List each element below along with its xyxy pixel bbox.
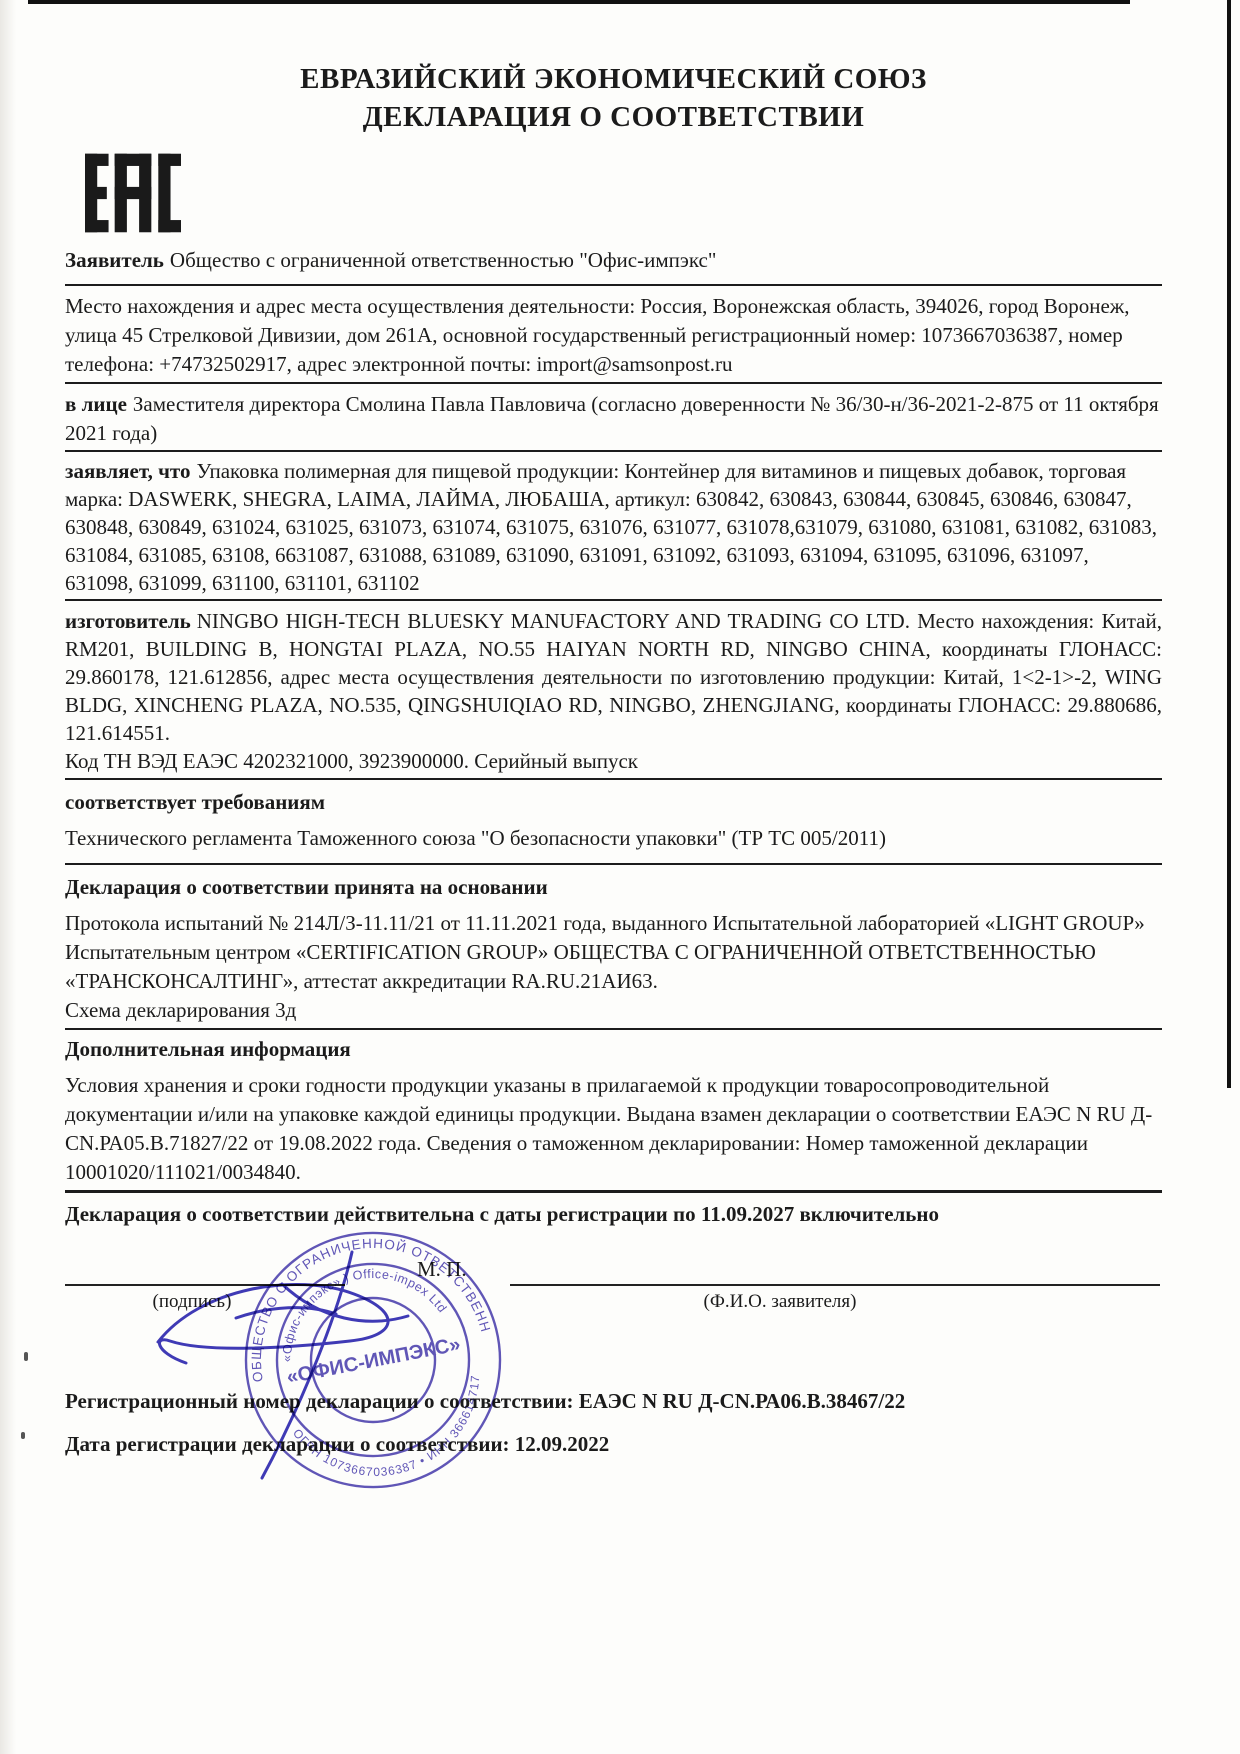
declares-text: Упаковка полимерная для пищевой продукци…	[65, 459, 1157, 595]
validity-line: Декларация о соответствии действительна …	[65, 1200, 1162, 1229]
manufacturer-section: изготовительNINGBO HIGH-TECH BLUESKY MAN…	[65, 607, 1162, 775]
scan-speck	[24, 1352, 28, 1361]
document-body: ЕВРАЗИЙСКИЙ ЭКОНОМИЧЕСКИЙ СОЮЗ ДЕКЛАРАЦИ…	[65, 0, 1162, 1459]
scan-speck	[21, 1432, 25, 1439]
signature-area: М. П. (подпись) (Ф.И.О. заявителя)	[65, 1229, 1162, 1379]
seal-place-label: М. П.	[417, 1257, 467, 1282]
registration-date-line: Дата регистрации декларации о соответств…	[65, 1430, 1162, 1459]
signature-line	[65, 1284, 345, 1286]
declares-label: заявляет, что	[65, 459, 190, 483]
fio-caption: (Ф.И.О. заявителя)	[620, 1291, 940, 1313]
divider	[65, 599, 1162, 601]
complies-label: соответствует требованиям	[65, 788, 1162, 817]
applicant-text: Общество с ограниченной ответственностью…	[170, 248, 717, 272]
scan-right-line	[1227, 0, 1231, 1088]
manufacturer-text: NINGBO HIGH-TECH BLUESKY MANUFACTORY AND…	[65, 609, 1162, 745]
divider	[65, 382, 1162, 384]
tnved-code-line: Код ТН ВЭД ЕАЭС 4202321000, 3923900000. …	[65, 747, 1162, 775]
registration-number-line: Регистрационный номер декларации о соотв…	[65, 1387, 1162, 1416]
scan-left-shade	[0, 0, 16, 1754]
address-section: Место нахождения и адрес места осуществл…	[65, 292, 1162, 379]
declaration-page: ЕВРАЗИЙСКИЙ ЭКОНОМИЧЕСКИЙ СОЮЗ ДЕКЛАРАЦИ…	[0, 0, 1240, 1754]
applicant-section: ЗаявительОбщество с ограниченной ответст…	[65, 246, 1162, 275]
address-text: Место нахождения и адрес места осуществл…	[65, 294, 1130, 376]
complies-text: Технического регламента Таможенного союз…	[65, 824, 1162, 853]
divider-bold	[65, 1190, 1162, 1193]
page-title: ЕВРАЗИЙСКИЙ ЭКОНОМИЧЕСКИЙ СОЮЗ ДЕКЛАРАЦИ…	[65, 60, 1162, 136]
declares-section: заявляет, чтоУпаковка полимерная для пищ…	[65, 457, 1162, 597]
fio-line	[510, 1284, 1160, 1286]
basis-text: Протокола испытаний № 214Л/З-11.11/21 от…	[65, 909, 1162, 996]
scheme-line: Схема декларирования 3д	[65, 996, 1162, 1025]
additional-info-text: Условия хранения и сроки годности продук…	[65, 1071, 1162, 1187]
additional-info-label: Дополнительная информация	[65, 1035, 1162, 1064]
divider	[65, 450, 1162, 452]
divider	[65, 1028, 1162, 1030]
representative-text: Заместителя директора Смолина Павла Павл…	[65, 392, 1159, 445]
representative-section: в лицеЗаместителя директора Смолина Павл…	[65, 390, 1162, 448]
manufacturer-label: изготовитель	[65, 609, 191, 633]
representative-label: в лице	[65, 392, 127, 416]
basis-label: Декларация о соответствии принята на осн…	[65, 873, 1162, 902]
divider	[65, 284, 1162, 286]
title-union: ЕВРАЗИЙСКИЙ ЭКОНОМИЧЕСКИЙ СОЮЗ	[65, 60, 1162, 98]
signature-caption: (подпись)	[112, 1291, 272, 1313]
divider	[65, 863, 1162, 865]
title-declaration: ДЕКЛАРАЦИЯ О СООТВЕТСТВИИ	[65, 98, 1162, 136]
divider	[65, 778, 1162, 780]
applicant-label: Заявитель	[65, 248, 164, 272]
